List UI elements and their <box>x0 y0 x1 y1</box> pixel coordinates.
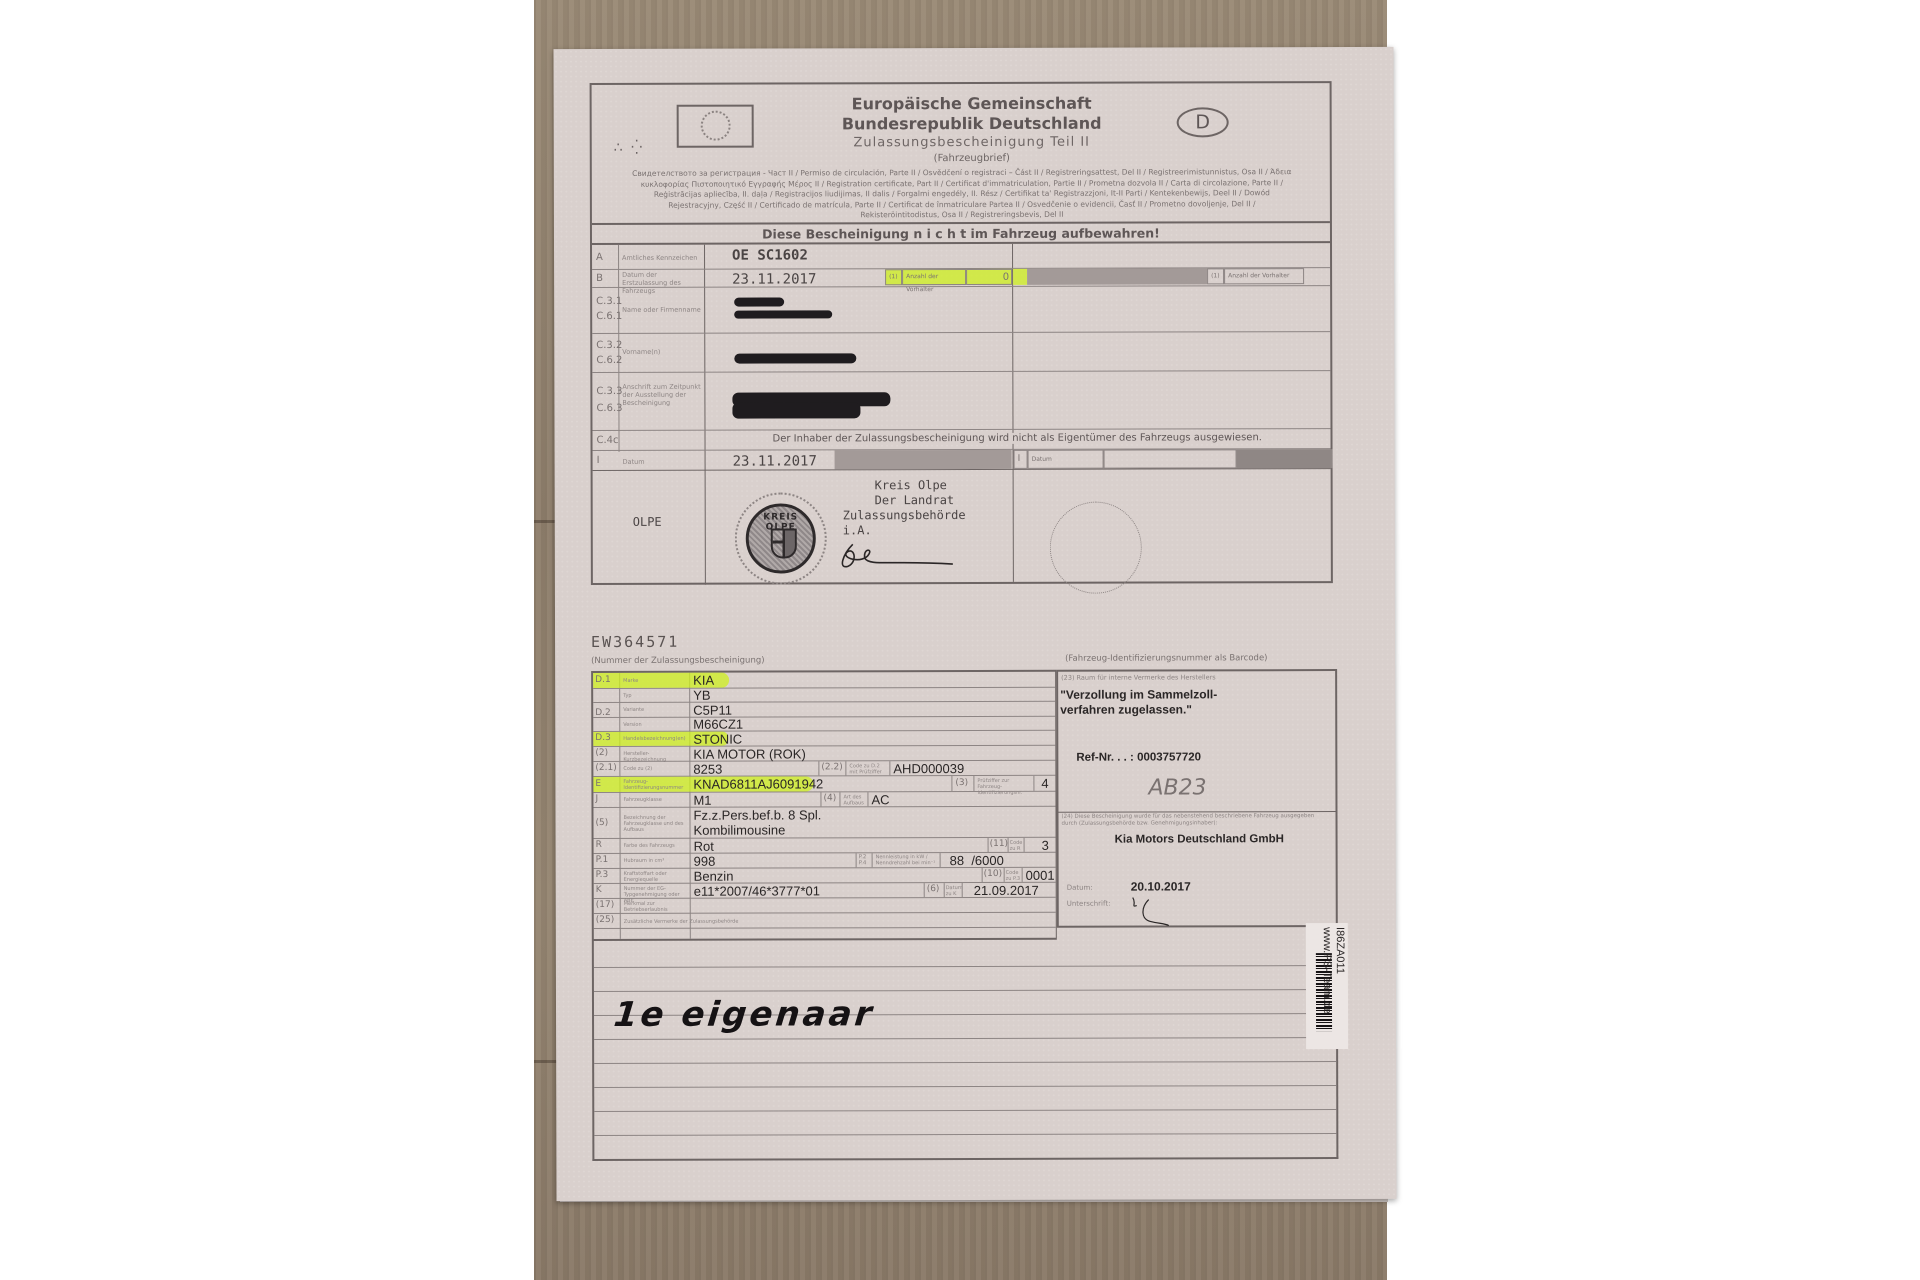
manufacturer-signature <box>1129 893 1189 927</box>
registration-certificate: ∴ ⁛ Europäische Gemeinschaft Bundesrepub… <box>553 47 1396 1201</box>
manufacturer-value: KIA MOTOR (ROK) <box>693 746 805 761</box>
eu-flag-icon <box>677 105 754 148</box>
row-owner-note: C.4c Der Inhaber der Zulassungsbescheini… <box>592 429 1330 451</box>
row-trade-name: D.3 Handelsbezeichnung(en) STONIC <box>593 731 1055 747</box>
document-title: Europäische Gemeinschaft Bundesrepublik … <box>812 94 1132 167</box>
make-value: KIA <box>693 673 714 688</box>
type-approval-value: e11*2007/46*3777*01 <box>694 883 820 898</box>
redacted-address <box>732 402 860 418</box>
empty-seal-area <box>1050 502 1142 594</box>
manufacturer-notes-box: (23) Raum für interne Vermerke des Herst… <box>1056 669 1338 928</box>
vin-value: KNAD6811AJ6091942 <box>693 776 823 791</box>
vehicle-data-table: D.1 Marke KIA Typ YB D.2 Variante C5P11 … <box>591 670 1057 941</box>
row-engine-code: (17) Merkmal zur Betriebserlaubnis <box>594 898 1056 914</box>
barcode-caption: (Fahrzeug-Identifizierungsnummer als Bar… <box>1065 653 1267 664</box>
warning-banner: Diese Bescheinigung n i c h t im Fahrzeu… <box>592 223 1330 245</box>
issuing-authority: Kreis Olpe Der Landrat Zulassungsbehörde… <box>843 478 966 538</box>
reference-number: Ref-Nr. . . : 0003757720 <box>1076 751 1201 763</box>
power-value: 88 /6000 <box>950 853 1004 868</box>
first-registration-value: 23.11.2017 <box>732 271 816 287</box>
row-first-names: C.3.2 C.6.2 Vorname(n) <box>592 332 1330 373</box>
previous-holders-value: 0 <box>966 269 1012 285</box>
row-variant: Variante C5P11 <box>593 702 1055 718</box>
row-class-description: (5) Bezeichnung der Fahrzeugklasse und d… <box>593 807 1055 839</box>
row-date: I Datum 23.11.2017 I Datum <box>593 449 1331 471</box>
handwritten-note: 1e eigenaar <box>612 994 877 1035</box>
multilingual-title: Свидетелството за регистрация - Част II … <box>632 167 1292 221</box>
type-approval-date-value: 21.09.2017 <box>974 883 1039 898</box>
row-address: C.3.3 C.6.3 Anschrift zum Zeitpunkt der … <box>592 371 1330 431</box>
barcode-sticker: I86ZA011 www.PS-Team.de <box>1306 923 1348 1049</box>
issue-date: 20.10.2017 <box>1131 879 1191 893</box>
code-2-1-value: 8253 <box>693 762 722 777</box>
variant-value: C5P11 <box>693 703 732 718</box>
customs-note: "Verzollung im Sammelzoll- verfahren zug… <box>1060 687 1217 717</box>
country-code-oval: D <box>1177 107 1229 137</box>
row-make: D.1 Marke KIA <box>593 672 1055 689</box>
official-seal: KREIS OLPE <box>735 492 827 584</box>
row-first-registration: B Datum der Erstzulassung des Fahrzeugs … <box>592 268 1330 288</box>
row-vehicle-class: J Fahrzeugklasse M1 (4) Art des Aufbaus … <box>593 792 1055 808</box>
owner-note-text: Der Inhaber der Zulassungsbescheinigung … <box>773 432 1262 444</box>
color-value: Rot <box>694 839 714 854</box>
issuing-company: Kia Motors Deutschland GmbH <box>1115 833 1284 845</box>
document-header: ∴ ⁛ Europäische Gemeinschaft Bundesrepub… <box>592 83 1330 225</box>
redacted-name <box>734 310 832 318</box>
row-version: Version M66CZ1 <box>593 717 1055 732</box>
certificate-number: EW364571 <box>591 633 679 651</box>
redacted-first-names <box>734 353 856 363</box>
row-license-plate: A Amtliches Kennzeichen OE SC1602 <box>592 243 1330 270</box>
color-code-value: 3 <box>1042 838 1049 853</box>
vehicle-class-value: M1 <box>693 793 711 808</box>
row-color: R Farbe des Fahrzeugs Rot (11) Code zu R… <box>594 838 1056 854</box>
row-fuel: P.3 Kraftstoffart oder Energiequelle Ben… <box>594 868 1056 884</box>
body-type-value: AC <box>871 792 889 807</box>
class-description-value: Fz.z.Pers.bef.b. 8 Spl. <box>693 807 821 822</box>
row-vin: E Fahrzeug-Identifizierungsnummer KNAD68… <box>593 776 1055 793</box>
row-codes: (2.1) Code zu (2) 8253 (2.2) Code zu D.2… <box>593 761 1055 777</box>
fuel-code-value: 0001 <box>1026 868 1055 883</box>
certificate-number-caption: (Nummer der Zulassungsbescheinigung) <box>591 656 764 666</box>
registration-place: OLPE <box>633 515 662 529</box>
displacement-value: 998 <box>694 854 716 869</box>
row-manufacturer: (2) Hersteller-Kurzbezeichnung KIA MOTOR… <box>593 746 1055 762</box>
license-plate-value: OE SC1602 <box>732 247 808 263</box>
type-value: YB <box>693 688 710 703</box>
redacted-name <box>734 297 784 306</box>
holder-section: ∴ ⁛ Europäische Gemeinschaft Bundesrepub… <box>590 81 1333 585</box>
version-value: M66CZ1 <box>693 717 743 732</box>
row-displacement: P.1 Hubraum in cm³ 998 P.2 P.4 Nennleist… <box>594 853 1056 869</box>
handwritten-code: AB23 <box>1148 775 1206 800</box>
speck-marks: ∴ ⁛ <box>614 140 645 156</box>
coat-of-arms-icon <box>771 528 797 558</box>
row-remarks: (25) Zusätzliche Vermerke der Zulassungs… <box>594 913 1056 929</box>
row-type-approval: K Nummer der EG-Typgenehmigung oder ABE … <box>594 883 1056 899</box>
code-2-2-value: AHD000039 <box>893 761 964 776</box>
row-type: Typ YB <box>593 688 1055 703</box>
fuel-value: Benzin <box>694 869 734 884</box>
trade-name-value: STONIC <box>693 732 742 747</box>
body-description-value: Kombilimousine <box>694 822 786 837</box>
row-name: C.3.1 C.6.1 Name oder Firmenname <box>592 286 1330 334</box>
vin-check-value: 4 <box>1041 776 1048 791</box>
authority-signature <box>833 534 963 574</box>
issue-date-value: 23.11.2017 <box>733 453 817 469</box>
remarks-area: 1e eigenaar <box>592 939 1339 1161</box>
